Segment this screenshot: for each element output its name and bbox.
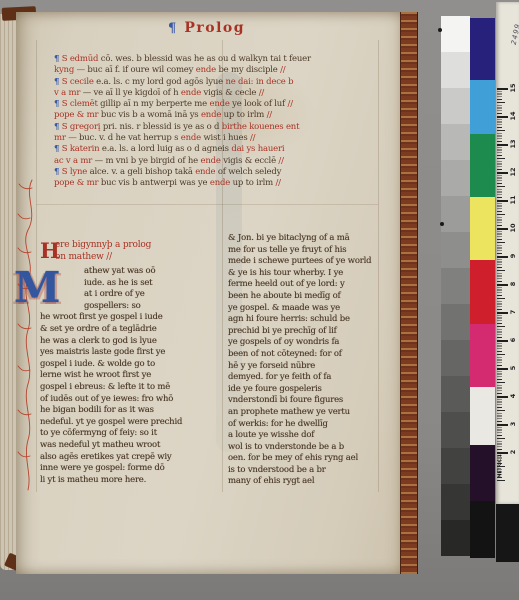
contents-segment: ende — [201, 156, 221, 166]
patch-yellow — [470, 197, 495, 260]
contents-segment: // — [280, 65, 285, 75]
contents-segment: — ve aī ll — [80, 88, 123, 98]
manuscript-text-line: ide ye foure gospeleris — [228, 384, 408, 396]
contents-line: ¶ S katerin e.a. ls. a lord luig as o d … — [54, 144, 374, 155]
contents-segment: S katerin — [59, 144, 99, 154]
contents-line: ¶ S gregorį pri. nis. r blessid is ye as… — [54, 122, 374, 133]
contents-segment: cō. wes. b — [98, 54, 144, 64]
manuscript-text-line: wol is to vnderstonde be a b — [228, 442, 408, 454]
manuscript-text-line: of iudēs out of ye iewes: fro whō — [40, 394, 224, 406]
illuminated-initial: M — [14, 268, 61, 308]
contents-segment: if oure wil comey — [123, 65, 196, 75]
cm-number: 10 — [507, 222, 519, 234]
contents-segment: ne dai: in dece b — [225, 77, 293, 87]
contents-segment: antwerpi was ye — [140, 178, 210, 188]
contents-segment: pope & mr — [54, 110, 98, 120]
contents-segment: S clemēt — [59, 99, 97, 109]
metric-label: METRIC 1 — [498, 454, 503, 478]
color-calibration-strip — [470, 18, 495, 558]
rubric-line: ere bigynnyþ a prolog — [55, 240, 224, 252]
grayscale-step — [441, 412, 470, 448]
contents-segment: e.a. ls. a — [99, 144, 138, 154]
contents-line: v a mr — ve aī ll ye kigdoī of h ende vi… — [54, 88, 374, 99]
contents-line: ac v a mr — m vni b ye birgid of he ende… — [54, 156, 374, 167]
cm-number: 13 — [507, 138, 519, 150]
manuscript-text-line: li yt is matheu more here. — [40, 475, 224, 487]
rubric-initial: H — [40, 241, 60, 261]
manuscript-text-line: gospel i iude. & wolde go to — [40, 359, 224, 371]
manuscript-text-line: he bigan bodili for as it was — [40, 405, 224, 417]
grayscale-step — [441, 16, 470, 52]
contents-segment: S edmūd — [59, 54, 98, 64]
grayscale-step — [441, 160, 470, 196]
contents-line: pope & mr buc vis b antwerpi was ye ende… — [54, 178, 374, 189]
patch-navy — [470, 18, 495, 80]
contents-segment: up to irlm — [221, 110, 266, 120]
grayscale-step — [441, 340, 470, 376]
cm-number: 3 — [507, 418, 519, 430]
cm-number: 2 — [507, 446, 519, 458]
manuscript-text-line: of werkis: for he dwellīg — [228, 419, 408, 431]
contents-segment: ye birgid of he — [138, 156, 200, 166]
manuscript-text-line: & set ye ordre of a teglādrie — [40, 324, 224, 336]
contents-segment: ende — [201, 110, 221, 120]
manuscript-text-line: agn hi foure herris: schuld be — [228, 314, 408, 326]
grayscale-step — [441, 196, 470, 232]
cm-number: 6 — [507, 334, 519, 346]
grayscale-step — [441, 304, 470, 340]
rubric-line: on mathew // — [55, 252, 224, 264]
grayscale-step — [441, 376, 470, 412]
contents-segment: S lyne — [59, 167, 87, 177]
contents-segment: of welch seledy — [215, 167, 281, 177]
contents-segment: up to irlm — [230, 178, 275, 188]
manuscript-text-line: iude. as he is set — [84, 278, 224, 290]
contents-segment: wist i hues — [201, 133, 250, 143]
manuscript-text-line: prechid bi ye prechīg of lif — [228, 326, 408, 338]
contents-line: mr — buc. v. d he vat herrup s ende wist… — [54, 133, 374, 144]
manuscript-text-line: at i ordre of ye — [84, 289, 224, 301]
manuscript-text-line: gospellers: so — [84, 301, 224, 313]
cm-number: 14 — [507, 110, 519, 122]
contents-segment: ye look of luf — [230, 99, 288, 109]
manuscript-text-line: he wroot first ye gospel i iude — [40, 312, 224, 324]
manuscript-text-line: vnderstondī bi foure figures — [228, 395, 408, 407]
contents-segment: v a mr — [54, 88, 80, 98]
manuscript-text-line: is to vnderstood be a br — [228, 465, 408, 477]
grayscale-step — [441, 268, 470, 304]
contents-segment: pope & mr — [54, 178, 98, 188]
manuscript-text-line: an prophete mathew ye vertu — [228, 407, 408, 419]
manuscript-text-line: ye gospel. & maade was ye — [228, 303, 408, 315]
contents-segment: ende — [210, 178, 230, 188]
patch-cyan — [470, 80, 495, 134]
contents-segment: buc vis b — [98, 110, 140, 120]
manuscript-text-line: ye gospels of oy wondris fa — [228, 337, 408, 349]
contents-segment: — m vni b — [92, 156, 138, 166]
cm-number: 15 — [507, 82, 519, 94]
contents-segment: buc vis b — [98, 178, 140, 188]
pilcrow-icon: ¶ — [168, 21, 176, 36]
manuscript-text-line: lerne wist he wroot first ye — [40, 370, 224, 382]
contents-segment: birthe kouenes ent — [222, 122, 300, 132]
manuscript-text-line: demyed. for ye feith of fa — [228, 372, 408, 384]
manuscript-text-line: ferme heeld out of ye lord: y — [228, 279, 408, 291]
contents-segment: ende — [209, 99, 229, 109]
contents-segment: ac v a mr — [54, 156, 92, 166]
digitized-manuscript-photo: ¶ Prolog ¶ S edmūd cō. wes. b blessid wa… — [0, 0, 519, 600]
patch-red — [470, 260, 495, 324]
manuscript-text-line: was nedeful yt matheu wroot — [40, 440, 224, 452]
contents-segment: ende — [181, 88, 201, 98]
rubric: H ere bigynnyþ a prolog on mathew // — [40, 240, 224, 264]
manuscript-text-line: me for us telle ye fruyt of his — [228, 245, 408, 257]
patch-white — [470, 387, 495, 445]
contents-segment: ende — [181, 133, 201, 143]
contents-line: kyng — buc aī f. if oure wil comey ende … — [54, 65, 374, 76]
cm-number: 7 — [507, 306, 519, 318]
left-text-column: H ere bigynnyþ a prolog on mathew // ath… — [40, 240, 224, 486]
contents-line: ¶ S lyne alce. v. a geli bishop takā end… — [54, 167, 374, 178]
grayscale-strip — [441, 16, 470, 556]
cm-number: 8 — [507, 278, 519, 290]
manuscript-text-line: hē y ye forseid nūbre — [228, 361, 408, 373]
manuscript-text-line: mede i schewe purtees of ye world — [228, 256, 408, 268]
patch-black — [470, 501, 495, 558]
cm-number: 9 — [507, 250, 519, 262]
contents-segment: my lord god agōs lyue — [132, 77, 225, 87]
patch-violet — [470, 445, 495, 501]
metric-ruler: 15141312111098765432 METRIC 1 2499 — [496, 2, 519, 504]
handwritten-number: 2499 — [510, 22, 519, 45]
contents-segment: vigis & ecclē — [221, 156, 279, 166]
grayscale-step — [441, 520, 470, 556]
contents-segment: S gregorį — [59, 122, 100, 132]
contents-segment: geli bishop takā — [127, 167, 195, 177]
manuscript-text-line: he was a clerk to god is lyue — [40, 336, 224, 348]
contents-segment: vigis & cecle — [201, 88, 259, 98]
shadow-below-ruler — [496, 504, 519, 562]
contents-segment: // — [275, 178, 280, 188]
grayscale-step — [441, 484, 470, 520]
contents-segment: // — [288, 99, 293, 109]
right-text-column: & Jon. bi ye bitaclyng of a māme for us … — [228, 233, 408, 488]
manuscript-text-line: yes maistris laste gode first ye — [40, 347, 224, 359]
manuscript-page: ¶ Prolog ¶ S edmūd cō. wes. b blessid wa… — [16, 12, 402, 574]
matthew-prologue-paragraph: athew yat was oōiude. as he is setat i o… — [40, 266, 224, 486]
contents-line: ¶ S clemēt gillip aī n my berperte me en… — [54, 99, 374, 110]
contents-segment: S cecile — [59, 77, 93, 87]
manuscript-text-line: & Jon. bi ye bitaclyng of a mā — [228, 233, 408, 245]
contents-segment: buc. v. d — [77, 133, 116, 143]
grayscale-step — [441, 52, 470, 88]
contents-segment: buc aī f. — [85, 65, 123, 75]
cm-number: 11 — [507, 194, 519, 206]
manuscript-text-line: athew yat was oō — [84, 266, 224, 278]
contents-segment: e.a. ls. c — [94, 77, 132, 87]
contents-segment: dai ys haueri — [231, 144, 284, 154]
manuscript-text-line: a loute ye wisshe dof — [228, 430, 408, 442]
manuscript-text-line: many of ehis rygt ael — [228, 476, 408, 488]
manuscript-text-line: gospel i ebreus: & lefte it to mē — [40, 382, 224, 394]
contents-segment: be my disciple — [216, 65, 280, 75]
contents-table: ¶ S edmūd cō. wes. b blessid was he as o… — [54, 54, 374, 190]
patch-green — [470, 134, 495, 197]
contents-segment: ye kigdoī of h — [123, 88, 181, 98]
contents-segment: gillip aī n — [98, 99, 141, 109]
contents-segment: blessid was he as ou d — [144, 54, 236, 64]
grayscale-step — [441, 232, 470, 268]
contents-segment: ende — [196, 65, 216, 75]
binding-right-edge — [400, 12, 418, 574]
contents-line: ¶ S edmūd cō. wes. b blessid was he as o… — [54, 54, 374, 65]
cm-number: 5 — [507, 362, 519, 374]
contents-segment: kyng — — [54, 65, 85, 75]
contents-segment: // — [259, 88, 264, 98]
contents-segment: a womā inā ys — [140, 110, 201, 120]
contents-line: ¶ S cecile e.a. ls. c my lord god agōs l… — [54, 77, 374, 88]
grayscale-step — [441, 448, 470, 484]
manuscript-book: ¶ Prolog ¶ S edmūd cō. wes. b blessid wa… — [0, 10, 420, 576]
grayscale-step — [441, 88, 470, 124]
manuscript-text-line: & ye is his tour wherby. I ye — [228, 268, 408, 280]
contents-segment: // — [267, 110, 272, 120]
contents-line: pope & mr buc vis b a womā inā ys ende u… — [54, 110, 374, 121]
manuscript-text-line: also agēs eretikes yat crepē wiy — [40, 452, 224, 464]
page-heading: ¶ Prolog — [168, 17, 245, 36]
contents-segment: ende — [195, 167, 215, 177]
contents-segment: // — [250, 133, 255, 143]
manuscript-text-line: been of not cōteyned: for of — [228, 349, 408, 361]
contents-segment: mr — — [54, 133, 77, 143]
contents-segment: he vat herrup s — [115, 133, 180, 143]
contents-segment: walkyn tai t feuer — [236, 54, 311, 64]
manuscript-text-line: nedeful. yt ye gospel were prechid — [40, 417, 224, 429]
manuscript-text-line: oen. for be mey of ehis ryng ael — [228, 453, 408, 465]
contents-segment: lord luig as o d agneis — [138, 144, 231, 154]
grayscale-step — [441, 124, 470, 160]
contents-segment: pri. nis. r — [100, 122, 142, 132]
contents-segment: blessid is ye as o d — [143, 122, 222, 132]
cm-number: 12 — [507, 166, 519, 178]
dust-speck — [440, 222, 444, 226]
patch-magenta — [470, 324, 495, 387]
dust-speck — [438, 28, 442, 32]
contents-segment: alce. v. a — [87, 167, 127, 177]
cm-number: 4 — [507, 390, 519, 402]
contents-segment: // — [278, 156, 283, 166]
manuscript-text-line: inne were ye gospel: forme dō — [40, 463, 224, 475]
prolog-title: Prolog — [184, 20, 245, 36]
contents-segment: my berperte me — [141, 99, 210, 109]
ruling-line — [36, 204, 378, 205]
manuscript-text-line: been he aboute bi medīg of — [228, 291, 408, 303]
manuscript-text-line: to ye cōfermyng of feiy: so it — [40, 428, 224, 440]
